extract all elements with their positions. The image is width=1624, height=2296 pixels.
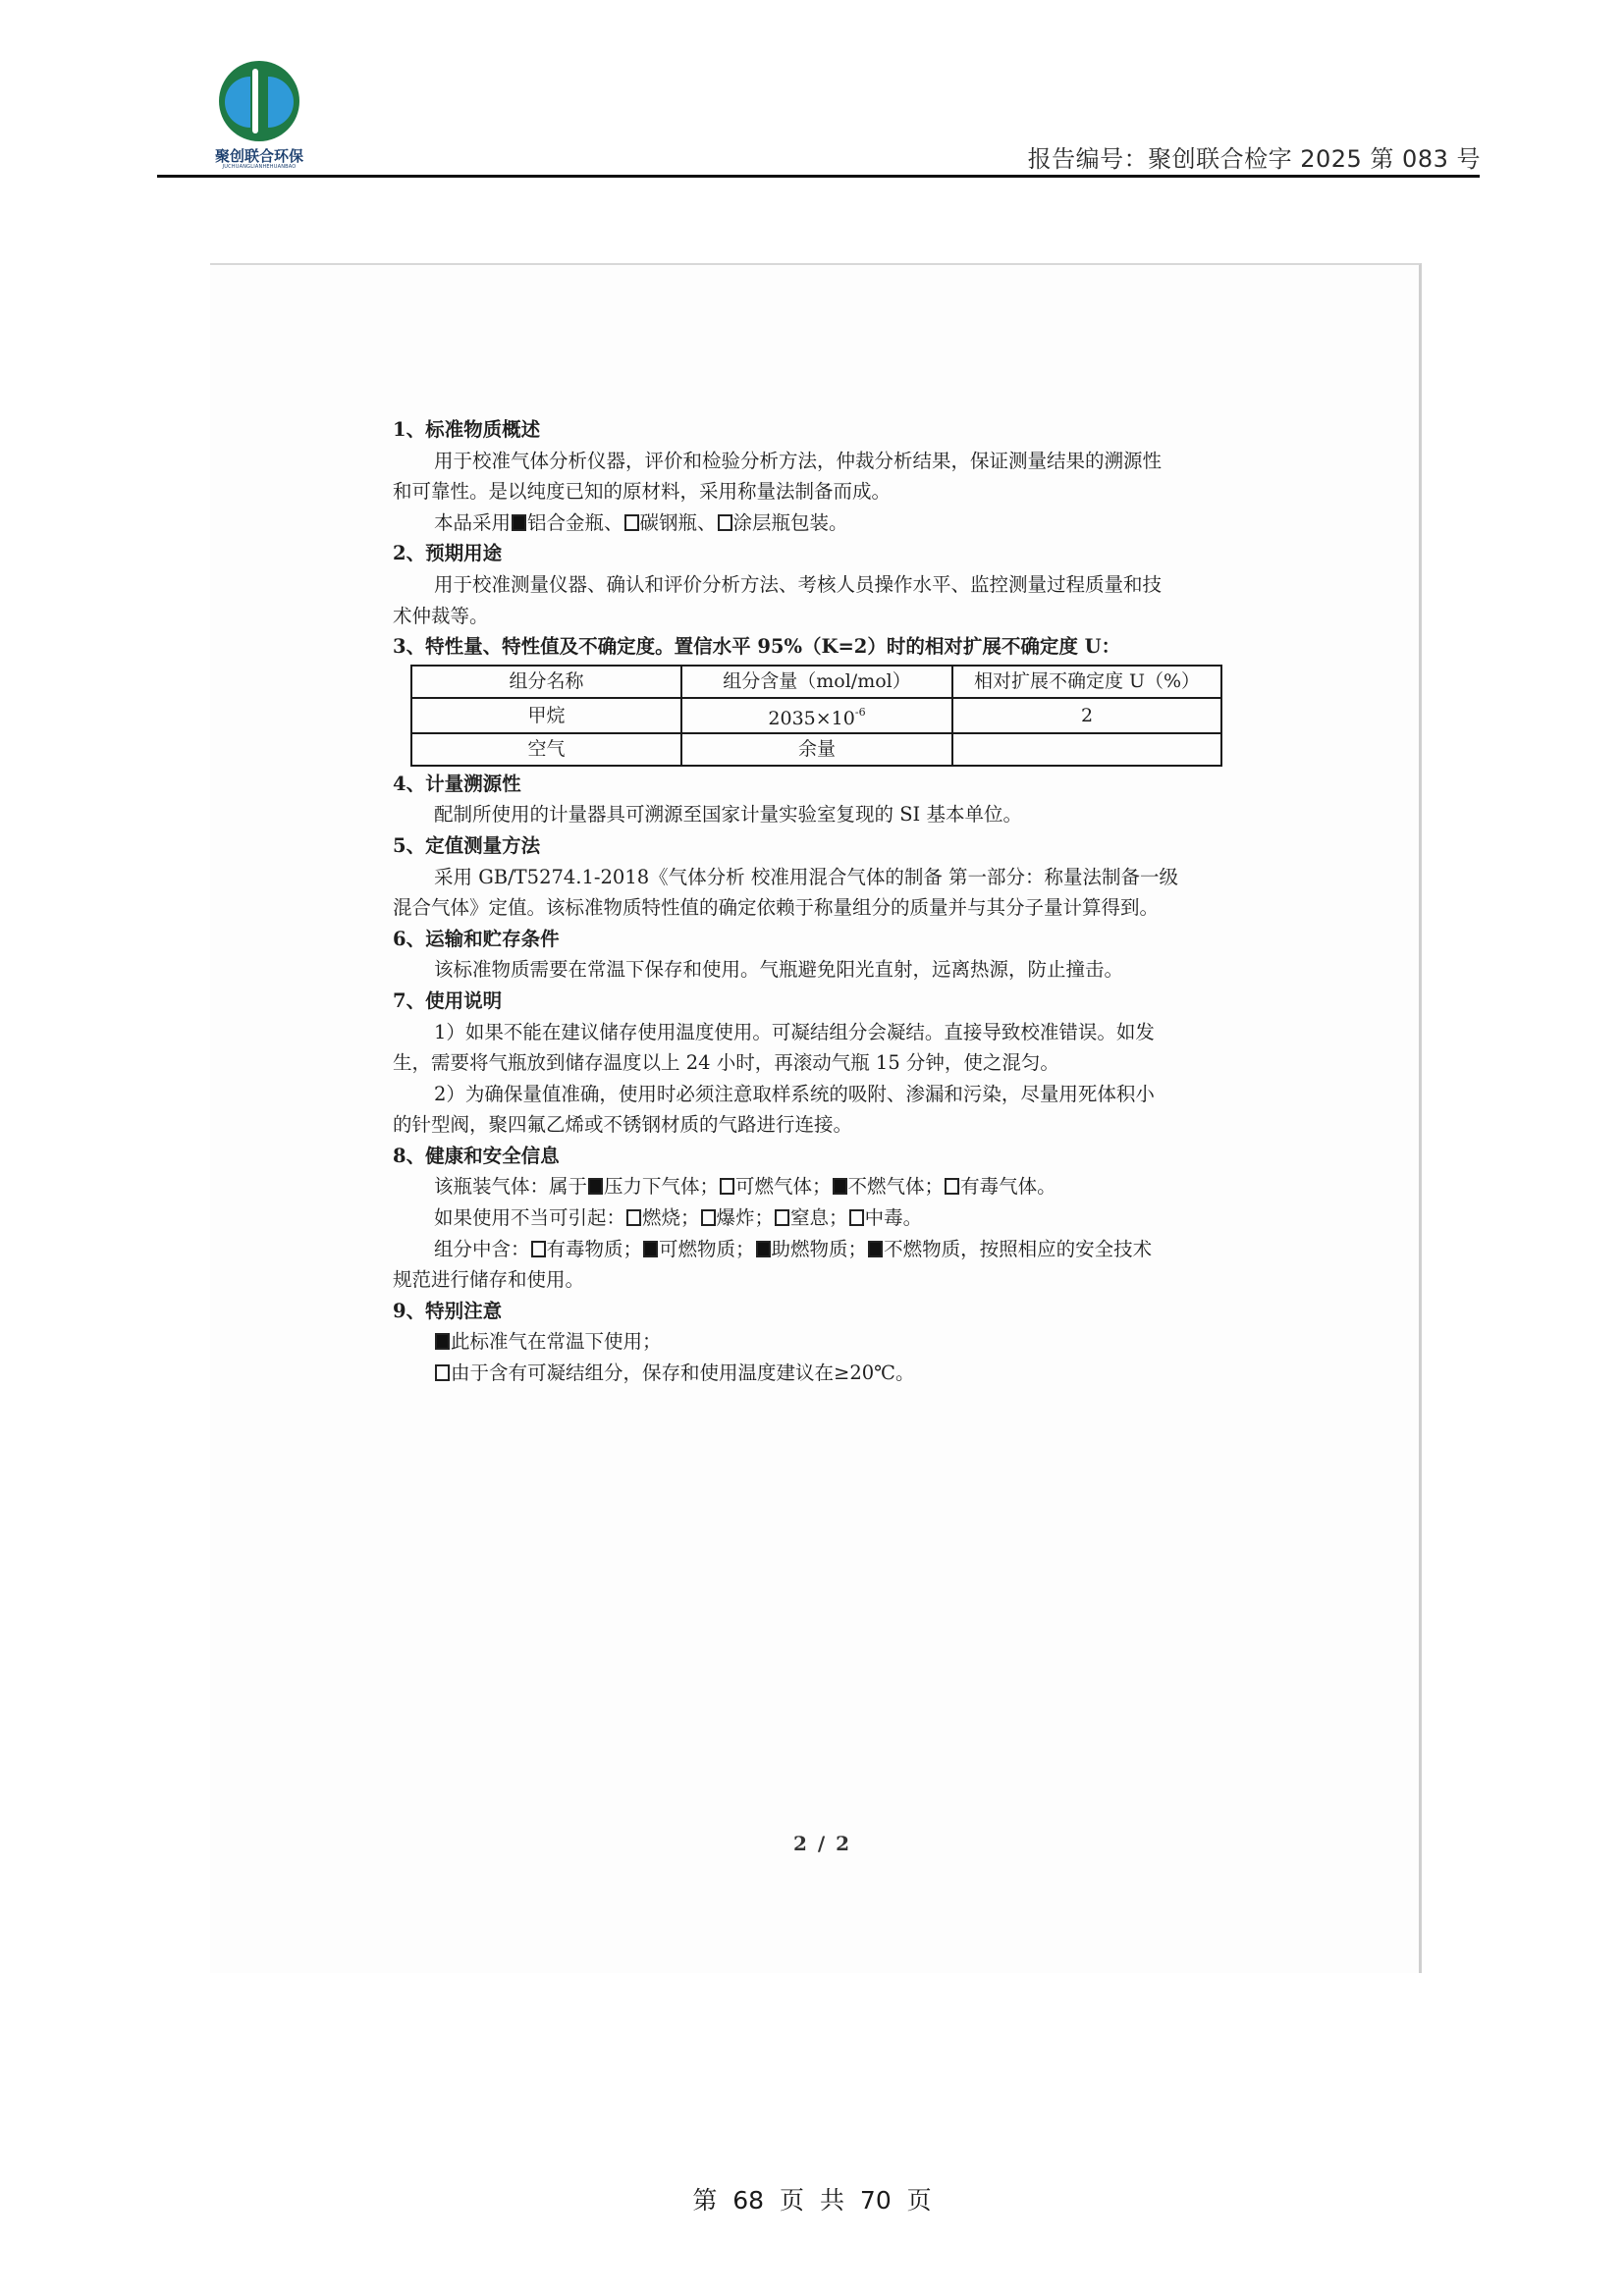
section-heading: 6、运输和贮存条件: [393, 924, 1257, 955]
logo-company-pinyin: JUCHUANGLIANHEHUANBAO: [204, 164, 314, 170]
page-footer: 第 68 页 共 70 页: [0, 2181, 1624, 2216]
logo-company-name: 聚创联合环保: [204, 145, 314, 166]
checked-box-icon: [756, 1241, 771, 1257]
paragraph: 用于校准测量仪器、确认和评价分析方法、考核人员操作水平、监控测量过程质量和技: [393, 569, 1257, 601]
checked-box-icon: [868, 1241, 883, 1257]
report-number: 报告编号：聚创联合检字 2025 第 083 号: [1028, 139, 1481, 174]
unchecked-box-icon: [701, 1209, 716, 1226]
table-header-row: 组分名称 组分含量（mol/mol） 相对扩展不确定度 U（%）: [411, 666, 1221, 698]
section-heading: 8、健康和安全信息: [393, 1141, 1257, 1172]
unchecked-box-icon: [531, 1241, 546, 1257]
table-row: 空气 余量: [411, 733, 1221, 766]
unchecked-box-icon: [624, 514, 639, 531]
section-heading: 1、标准物质概述: [393, 414, 1257, 446]
checked-box-icon: [435, 1333, 450, 1350]
hazard-options: 如果使用不当可引起：燃烧；爆炸；窒息；中毒。: [393, 1202, 1257, 1234]
component-name: 空气: [411, 733, 681, 766]
paragraph: 生，需要将气瓶放到储存温度以上 24 小时，再滚动气瓶 15 分钟，使之混匀。: [393, 1047, 1257, 1079]
paragraph: 规范进行储存和使用。: [393, 1264, 1257, 1296]
inner-page-number: 2 / 2: [793, 1832, 851, 1855]
special-note: 此标准气在常温下使用；: [393, 1326, 1257, 1358]
gas-type-options: 该瓶装气体：属于压力下气体；可燃气体；不燃气体；有毒气体。: [393, 1171, 1257, 1202]
unchecked-box-icon: [945, 1178, 959, 1195]
paragraph: 混合气体》定值。该标准物质特性值的确定依赖于称量组分的质量并与其分子量计算得到。: [393, 892, 1257, 924]
table-row: 甲烷 2035×10-6 2: [411, 698, 1221, 733]
column-header: 组分含量（mol/mol）: [681, 666, 952, 698]
component-content: 余量: [681, 733, 952, 766]
unchecked-box-icon: [718, 514, 732, 531]
paragraph: 和可靠性。是以纯度已知的原材料，采用称量法制备而成。: [393, 476, 1257, 507]
specification-table: 组分名称 组分含量（mol/mol） 相对扩展不确定度 U（%） 甲烷 2035…: [410, 665, 1222, 767]
section-heading: 2、预期用途: [393, 538, 1257, 569]
uncertainty-value: 2: [952, 698, 1221, 733]
section-heading: 3、特性量、特性值及不确定度。置信水平 95%（K=2）时的相对扩展不确定度 U…: [393, 631, 1257, 663]
section-heading: 5、定值测量方法: [393, 830, 1257, 862]
component-content: 2035×10-6: [681, 698, 952, 733]
checked-box-icon: [643, 1241, 658, 1257]
packaging-options: 本品采用铝合金瓶、碳钢瓶、涂层瓶包装。: [393, 507, 1257, 539]
section-heading: 7、使用说明: [393, 986, 1257, 1017]
unchecked-box-icon: [435, 1364, 450, 1381]
component-options: 组分中含：有毒物质；可燃物质；助燃物质；不燃物质，按照相应的安全技术: [393, 1234, 1257, 1265]
paragraph: 2）为确保量值准确，使用时必须注意取样系统的吸附、渗漏和污染，尽量用死体积小: [393, 1079, 1257, 1110]
unchecked-box-icon: [849, 1209, 864, 1226]
paragraph: 1）如果不能在建议储存使用温度使用。可凝结组分会凝结。直接导致校准错误。如发: [393, 1017, 1257, 1048]
header-divider: [157, 175, 1480, 178]
unchecked-box-icon: [720, 1178, 734, 1195]
column-header: 组分名称: [411, 666, 681, 698]
logo-emblem-icon: [219, 61, 299, 141]
column-header: 相对扩展不确定度 U（%）: [952, 666, 1221, 698]
paragraph: 采用 GB/T5274.1-2018《气体分析 校准用混合气体的制备 第一部分：…: [393, 862, 1257, 893]
unchecked-box-icon: [775, 1209, 789, 1226]
paragraph: 配制所使用的计量器具可溯源至国家计量实验室复现的 SI 基本单位。: [393, 799, 1257, 830]
certificate-content: 1、标准物质概述 用于校准气体分析仪器，评价和检验分析方法，仲裁分析结果，保证测…: [393, 414, 1257, 1389]
section-heading: 9、特别注意: [393, 1296, 1257, 1327]
paragraph: 术仲裁等。: [393, 601, 1257, 632]
component-name: 甲烷: [411, 698, 681, 733]
section-heading: 4、计量溯源性: [393, 769, 1257, 800]
unchecked-box-icon: [626, 1209, 641, 1226]
paragraph: 该标准物质需要在常温下保存和使用。气瓶避免阳光直射，远离热源，防止撞击。: [393, 954, 1257, 986]
paragraph: 的针型阀，聚四氟乙烯或不锈钢材质的气路进行连接。: [393, 1109, 1257, 1141]
uncertainty-value: [952, 733, 1221, 766]
checked-box-icon: [512, 514, 526, 531]
special-note: 由于含有可凝结组分，保存和使用温度建议在≥20℃。: [393, 1358, 1257, 1389]
checked-box-icon: [588, 1178, 603, 1195]
checked-box-icon: [833, 1178, 847, 1195]
company-logo: 聚创联合环保 JUCHUANGLIANHEHUANBAO: [204, 61, 314, 177]
paragraph: 用于校准气体分析仪器，评价和检验分析方法，仲裁分析结果，保证测量结果的溯源性: [393, 446, 1257, 477]
